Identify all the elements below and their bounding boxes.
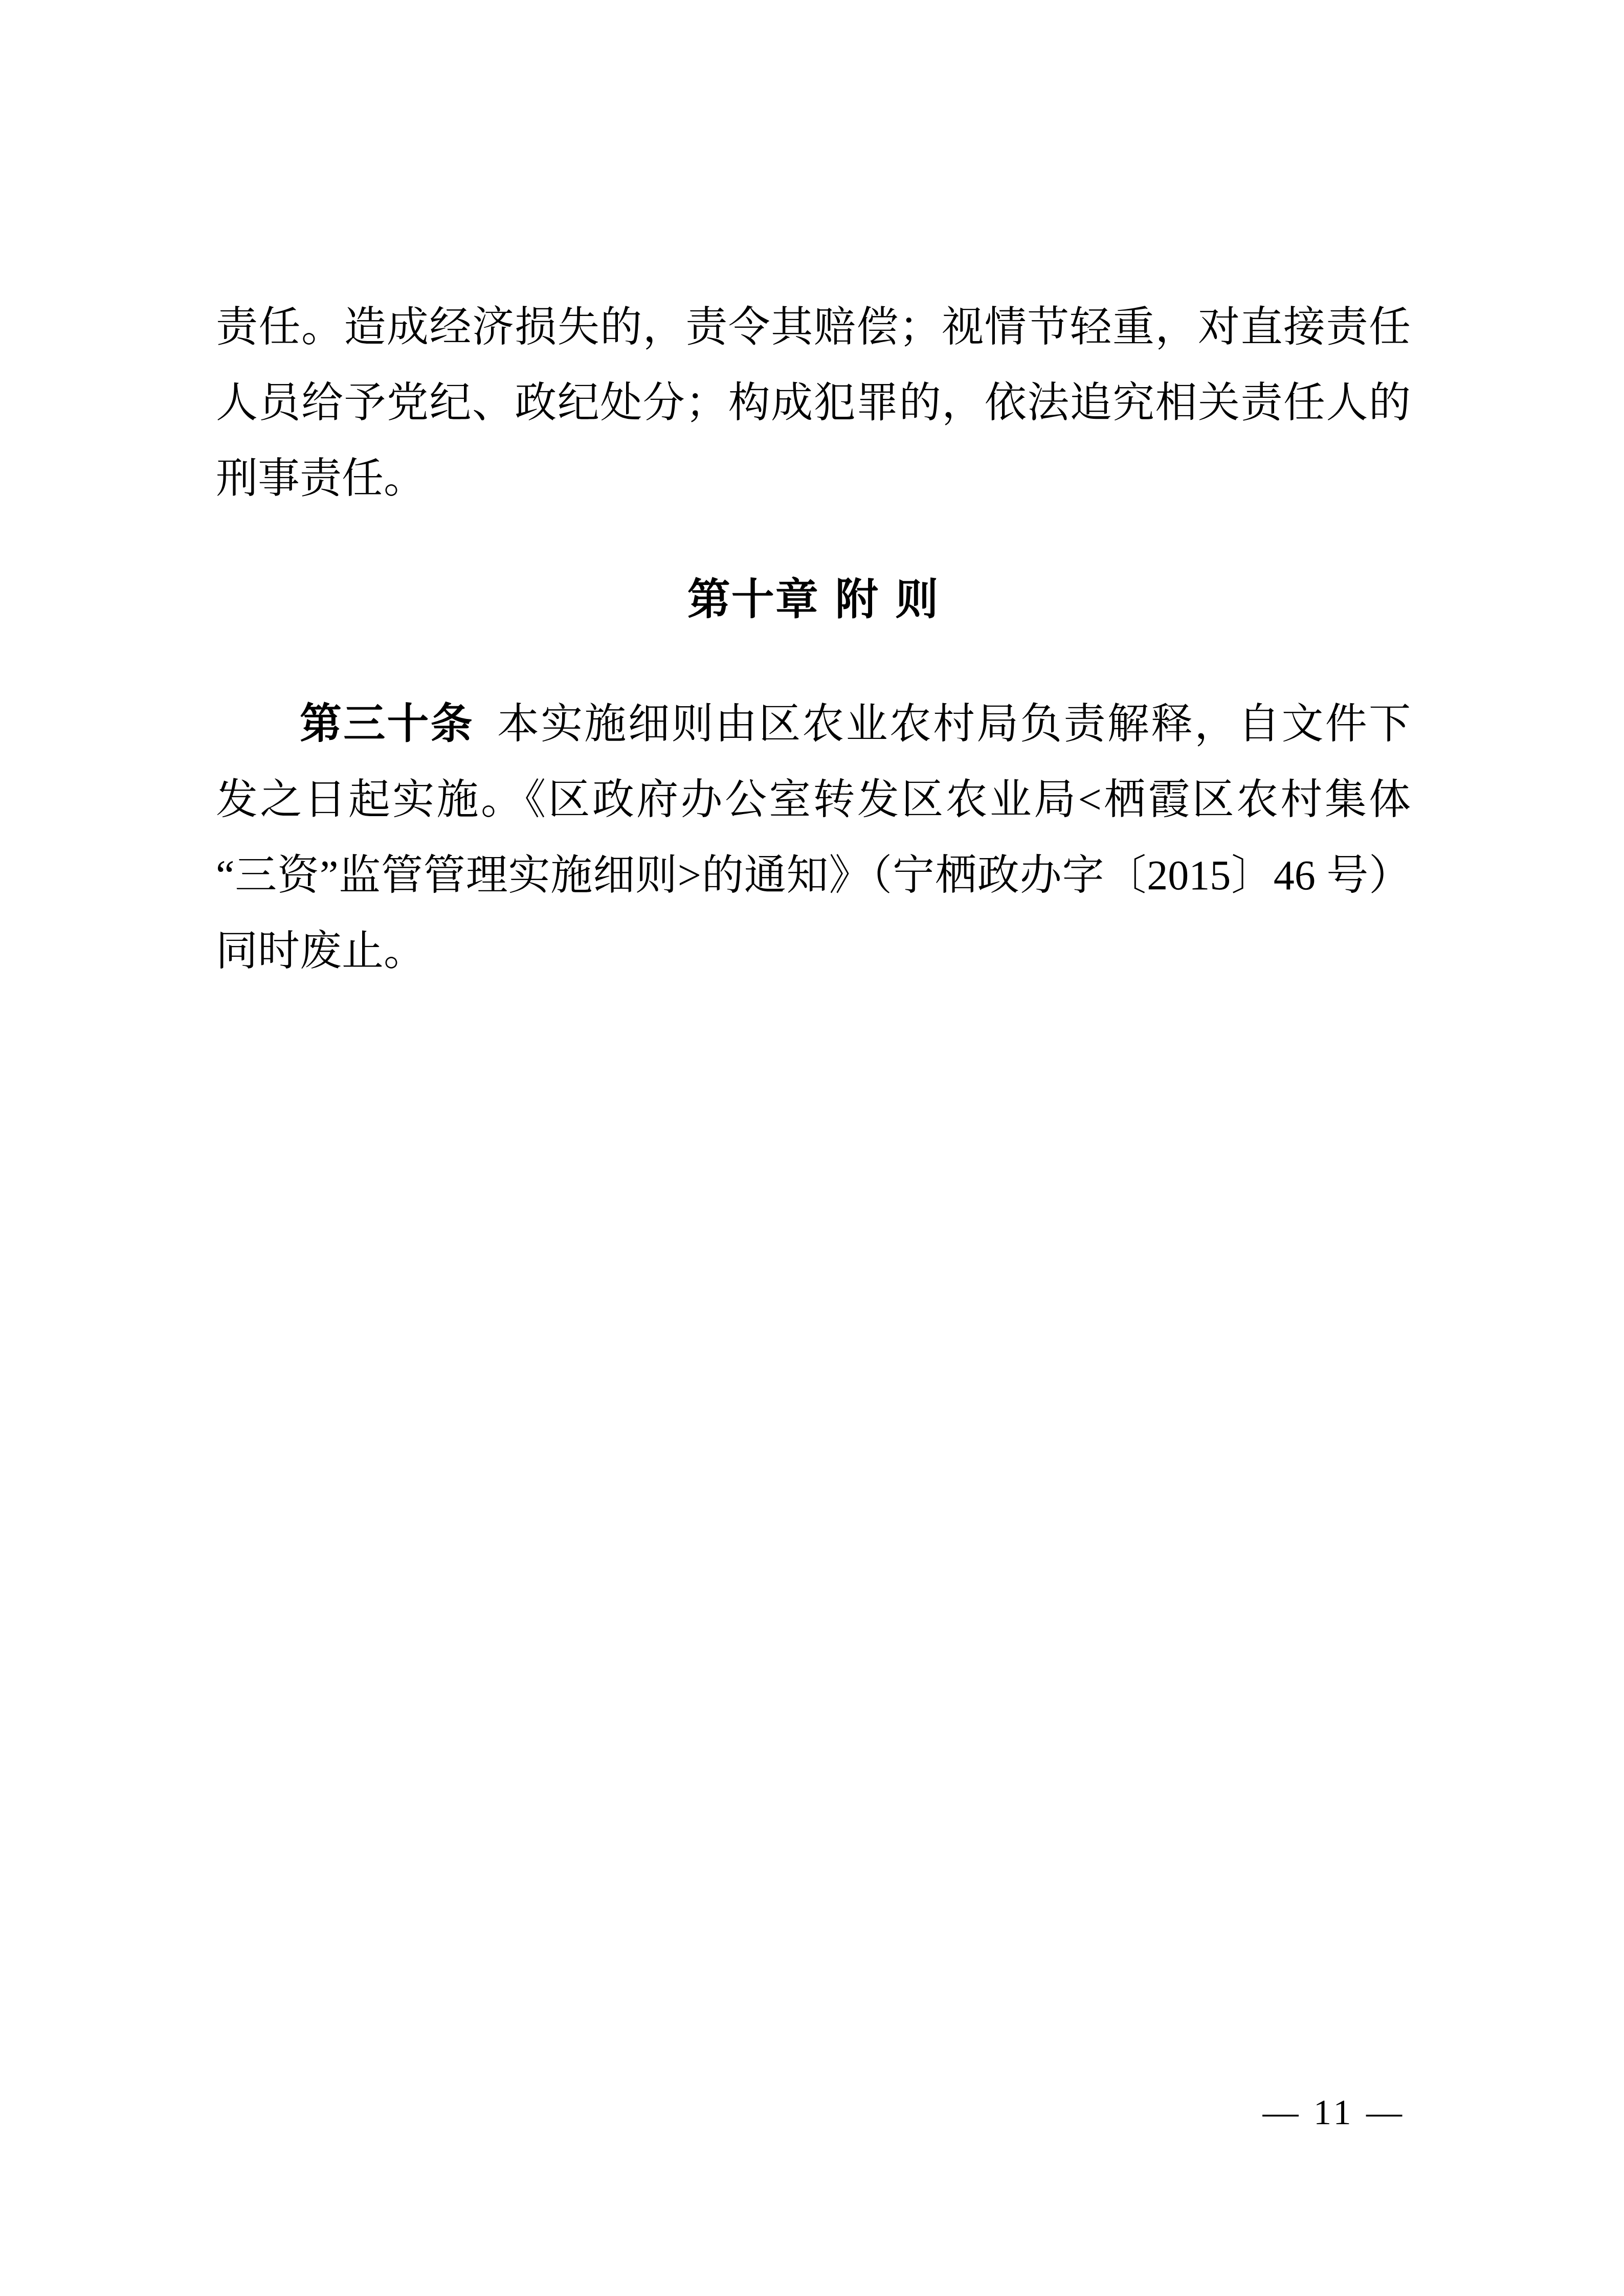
document-body: 责任。造成经济损失的，责令其赔偿；视情节轻重，对直接责任 人员给予党纪、政纪处分… xyxy=(216,289,1411,989)
body-text-line: 同时废止。 xyxy=(216,913,1411,989)
chapter-heading: 第十章 附 则 xyxy=(216,561,1411,637)
article-paragraph: 第三十条本实施细则由区农业农村局负责解释，自文件下 发之日起实施。《区政府办公室… xyxy=(216,686,1411,989)
article-number: 第三十条 xyxy=(300,701,474,747)
body-text-line: 发之日起实施。《区政府办公室转发区农业局<栖霞区农村集体 xyxy=(216,762,1411,838)
paragraph-continuation: 责任。造成经济损失的，责令其赔偿；视情节轻重，对直接责任 人员给予党纪、政纪处分… xyxy=(216,289,1411,516)
body-text-line: 刑事责任。 xyxy=(216,441,1411,516)
body-text-line: 人员给予党纪、政纪处分；构成犯罪的，依法追究相关责任人的 xyxy=(216,365,1411,441)
document-page: 责任。造成经济损失的，责令其赔偿；视情节轻重，对直接责任 人员给予党纪、政纪处分… xyxy=(0,0,1624,2296)
body-text-line: “三资”监管管理实施细则>的通知》（宁栖政办字〔2015〕46 号） xyxy=(216,838,1411,913)
body-text-line: 第三十条本实施细则由区农业农村局负责解释，自文件下 xyxy=(216,686,1411,762)
article-text: 本实施细则由区农业农村局负责解释，自文件下 xyxy=(497,701,1411,747)
body-text-line: 责任。造成经济损失的，责令其赔偿；视情节轻重，对直接责任 xyxy=(216,289,1411,365)
page-number: — 11 — xyxy=(1263,2087,1405,2139)
